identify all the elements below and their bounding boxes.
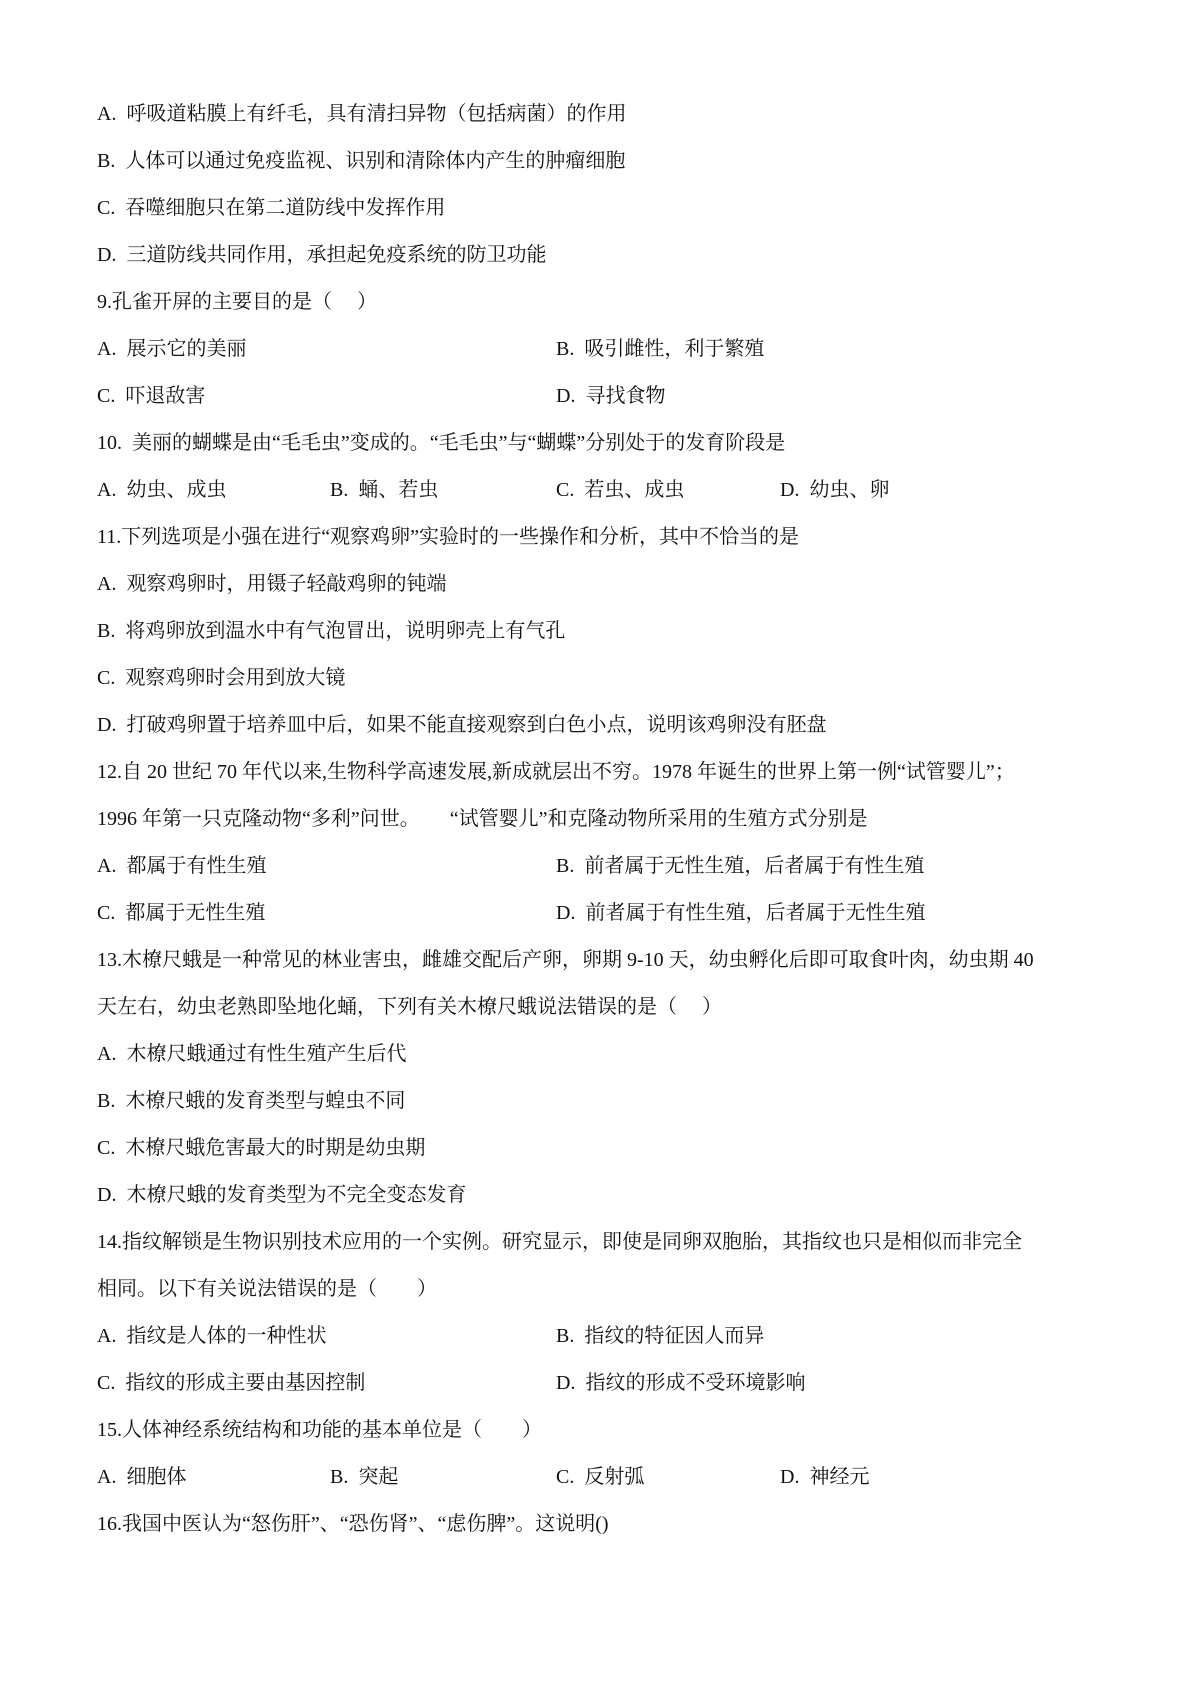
question-13-option-b: B. 木橑尺蛾的发育类型与蝗虫不同 bbox=[97, 1078, 1103, 1125]
question-10-option-c: C. 若虫、成虫 bbox=[556, 467, 780, 514]
question-9-stem: 9.孔雀开屏的主要目的是（ ） bbox=[97, 279, 1103, 326]
question-11-option-a: A. 观察鸡卵时，用镊子轻敲鸡卵的钝端 bbox=[97, 561, 1103, 608]
question-8-option-d: D. 三道防线共同作用，承担起免疫系统的防卫功能 bbox=[97, 232, 1103, 279]
question-14-option-b: B. 指纹的特征因人而异 bbox=[556, 1313, 1103, 1360]
question-8-option-c: C. 吞噬细胞只在第二道防线中发挥作用 bbox=[97, 185, 1103, 232]
question-14-option-a: A. 指纹是人体的一种性状 bbox=[97, 1313, 556, 1360]
question-12-option-b: B. 前者属于无性生殖，后者属于有性生殖 bbox=[556, 843, 1103, 890]
question-12-option-c: C. 都属于无性生殖 bbox=[97, 890, 556, 937]
question-9-option-d: D. 寻找食物 bbox=[556, 373, 1103, 420]
question-11-stem: 11.下列选项是小强在进行“观察鸡卵”实验时的一些操作和分析，其中不恰当的是 bbox=[97, 514, 1103, 561]
question-10-option-b: B. 蛹、若虫 bbox=[330, 467, 556, 514]
question-15-stem: 15.人体神经系统结构和功能的基本单位是（ ） bbox=[97, 1407, 1103, 1454]
question-14-stem-line-1: 14.指纹解锁是生物识别技术应用的一个实例。研究显示，即使是同卵双胞胎，其指纹也… bbox=[97, 1219, 1103, 1266]
question-13-stem-line-2: 天左右，幼虫老熟即坠地化蛹，下列有关木橑尺蛾说法错误的是（ ） bbox=[97, 984, 1103, 1031]
question-15-option-a: A. 细胞体 bbox=[97, 1454, 330, 1501]
question-14-options-row-2: C. 指纹的形成主要由基因控制 D. 指纹的形成不受环境影响 bbox=[97, 1360, 1103, 1407]
question-13-option-c: C. 木橑尺蛾危害最大的时期是幼虫期 bbox=[97, 1125, 1103, 1172]
question-9-options-row-1: A. 展示它的美丽 B. 吸引雌性，利于繁殖 bbox=[97, 326, 1103, 373]
question-12-stem-line-2: 1996 年第一只克隆动物“多利”问世。 “试管婴儿”和克隆动物所采用的生殖方式… bbox=[97, 796, 1103, 843]
question-15-option-b: B. 突起 bbox=[330, 1454, 556, 1501]
question-11-option-b: B. 将鸡卵放到温水中有气泡冒出，说明卵壳上有气孔 bbox=[97, 608, 1103, 655]
exam-document-page: A. 呼吸道粘膜上有纤毛，具有清扫异物（包括病菌）的作用 B. 人体可以通过免疫… bbox=[0, 0, 1200, 1698]
question-12-stem-line-1: 12.自 20 世纪 70 年代以来,生物科学高速发展,新成就层出不穷。1978… bbox=[97, 749, 1103, 796]
question-11-option-c: C. 观察鸡卵时会用到放大镜 bbox=[97, 655, 1103, 702]
question-10-option-a: A. 幼虫、成虫 bbox=[97, 467, 330, 514]
question-13-stem-line-1: 13.木橑尺蛾是一种常见的林业害虫，雌雄交配后产卵，卵期 9-10 天，幼虫孵化… bbox=[97, 937, 1103, 984]
question-12-options-row-2: C. 都属于无性生殖 D. 前者属于有性生殖，后者属于无性生殖 bbox=[97, 890, 1103, 937]
question-9-option-b: B. 吸引雌性，利于繁殖 bbox=[556, 326, 1103, 373]
question-11-option-d: D. 打破鸡卵置于培养皿中后，如果不能直接观察到白色小点，说明该鸡卵没有胚盘 bbox=[97, 702, 1103, 749]
question-14-stem-line-2: 相同。以下有关说法错误的是（ ） bbox=[97, 1266, 1103, 1313]
question-9-option-a: A. 展示它的美丽 bbox=[97, 326, 556, 373]
question-12-options-row-1: A. 都属于有性生殖 B. 前者属于无性生殖，后者属于有性生殖 bbox=[97, 843, 1103, 890]
question-13-option-a: A. 木橑尺蛾通过有性生殖产生后代 bbox=[97, 1031, 1103, 1078]
question-15-options-row: A. 细胞体 B. 突起 C. 反射弧 D. 神经元 bbox=[97, 1454, 1103, 1501]
question-14-options-row-1: A. 指纹是人体的一种性状 B. 指纹的特征因人而异 bbox=[97, 1313, 1103, 1360]
question-9-option-c: C. 吓退敌害 bbox=[97, 373, 556, 420]
question-8-option-b: B. 人体可以通过免疫监视、识别和清除体内产生的肿瘤细胞 bbox=[97, 138, 1103, 185]
question-10-stem: 10. 美丽的蝴蝶是由“毛毛虫”变成的。“毛毛虫”与“蝴蝶”分别处于的发育阶段是 bbox=[97, 420, 1103, 467]
question-16-stem: 16.我国中医认为“怒伤肝”、“恐伤肾”、“虑伤脾”。这说明() bbox=[97, 1501, 1103, 1548]
question-8-option-a: A. 呼吸道粘膜上有纤毛，具有清扫异物（包括病菌）的作用 bbox=[97, 91, 1103, 138]
question-15-option-d: D. 神经元 bbox=[780, 1454, 1103, 1501]
question-14-option-d: D. 指纹的形成不受环境影响 bbox=[556, 1360, 1103, 1407]
question-10-option-d: D. 幼虫、卵 bbox=[780, 467, 1103, 514]
question-10-options-row: A. 幼虫、成虫 B. 蛹、若虫 C. 若虫、成虫 D. 幼虫、卵 bbox=[97, 467, 1103, 514]
question-15-option-c: C. 反射弧 bbox=[556, 1454, 780, 1501]
question-12-option-a: A. 都属于有性生殖 bbox=[97, 843, 556, 890]
question-14-option-c: C. 指纹的形成主要由基因控制 bbox=[97, 1360, 556, 1407]
question-9-options-row-2: C. 吓退敌害 D. 寻找食物 bbox=[97, 373, 1103, 420]
question-12-option-d: D. 前者属于有性生殖，后者属于无性生殖 bbox=[556, 890, 1103, 937]
question-13-option-d: D. 木橑尺蛾的发育类型为不完全变态发育 bbox=[97, 1172, 1103, 1219]
